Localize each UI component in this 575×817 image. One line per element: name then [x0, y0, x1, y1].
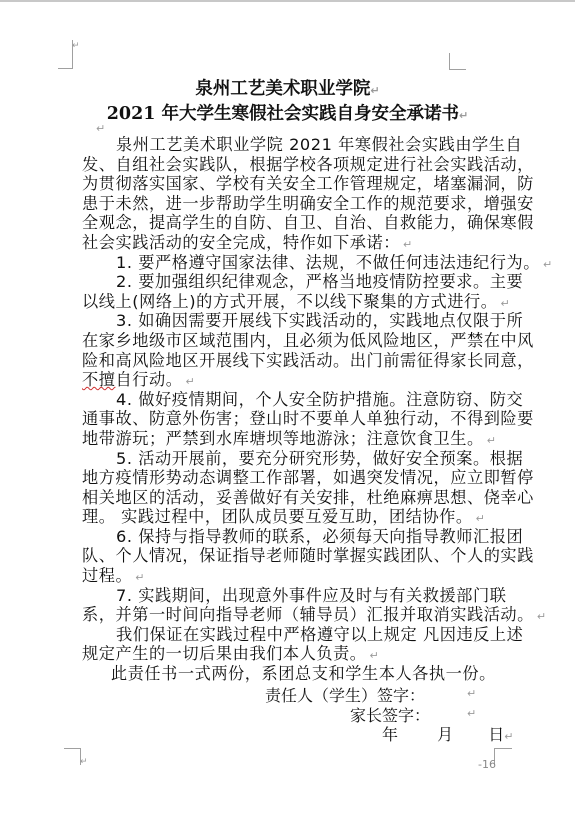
- window-top-border: [0, 0, 575, 2]
- paragraph-mark-icon: ↵: [403, 238, 413, 251]
- body-line: 3. 如确因需要开展线下实践活动的，实践地点仅限于所: [82, 311, 496, 331]
- body-line: 1. 要严格遵守国家法律、法规，不做任何违法违纪行为。↵: [82, 253, 496, 273]
- body-line-text: 系，并第一时间向指导老师（辅导员）汇报并取消实践活动。: [82, 605, 534, 624]
- body-line-text: 不擅自行动。: [82, 370, 182, 389]
- document-title-school: 泉州工艺美术职业学院↵: [0, 75, 575, 100]
- body-line: 6. 保持与指导教师的联系，必须每天向指导教师汇报团: [82, 527, 496, 547]
- paragraph-mark-icon: ↵: [72, 41, 80, 51]
- body-line: 规定产生的一切后果由我们本人负责。↵: [82, 644, 496, 664]
- body-line-text: 泉州工艺美术职业学院 2021 年寒假社会实践由学生自: [116, 135, 522, 154]
- title-text: 泉州工艺美术职业学院: [195, 79, 370, 99]
- body-line-text: 规定产生的一切后果由我们本人负责。: [82, 644, 367, 663]
- body-line-text: 我们保证在实践过程中严格遵守以上规定 凡因违反上述: [116, 625, 523, 644]
- document-body: 泉州工艺美术职业学院 2021 年寒假社会实践由学生自发、自组社会实践队，根据学…: [82, 135, 496, 684]
- body-line: 地方疫情形势动态调整工作部署，如遇突发情况，应立即暂停: [82, 468, 496, 488]
- body-line-text: 社会实践活动的安全完成，特作如下承诺：: [82, 233, 400, 252]
- body-line-text: 通事故、防意外伤害；登山时不要单人单独行动，不得到险要: [82, 409, 534, 428]
- crop-mark-bottom-left: [64, 748, 81, 765]
- body-line: 队、个人情况，保证指导老师随时掌握实践团队、个人的实践: [82, 546, 496, 566]
- body-line-text: 理。 实践过程中，团队成员要互爱互助，团结协作。: [82, 507, 473, 526]
- body-line: 社会实践活动的安全完成，特作如下承诺：↵: [82, 233, 496, 253]
- paragraph-mark-icon: ↵: [459, 109, 468, 122]
- page-number: -16: [478, 758, 496, 771]
- body-line: 7. 实践期间，出现意外事件应及时与有关救援部门联: [82, 586, 496, 606]
- body-line-text: 地方疫情形势动态调整工作部署，如遇突发情况，应立即暂停: [82, 468, 534, 487]
- paragraph-mark-icon: ↵: [476, 512, 486, 525]
- body-line: 在家乡地级市区域范围内，且必须为低风险地区，严禁在中风: [82, 331, 496, 351]
- body-line: 险和高风险地区开展线下实践活动。出门前需征得家长同意，: [82, 351, 496, 371]
- body-line-text: 相关地区的活动，妥善做好有关安排，杜绝麻痹思想、侥幸心: [82, 488, 534, 507]
- body-line: 系，并第一时间向指导老师（辅导员）汇报并取消实践活动。↵: [82, 605, 496, 625]
- body-line-text: 5. 活动开展前，要充分研究形势，做好安全预案。根据: [116, 449, 523, 468]
- body-line: 通事故、防意外伤害；登山时不要单人单独行动，不得到险要: [82, 409, 496, 429]
- body-line-text: 4. 做好疫情期间，个人安全防护措施。注意防窃、防交: [116, 390, 523, 409]
- body-line-text: 以线上(网络上)的方式开展，不以线下聚集的方式进行。: [82, 292, 497, 311]
- body-line-text: 为贯彻落实国家、学校有关安全工作管理规定，堵塞漏洞，防: [82, 174, 534, 193]
- paragraph-mark-icon: ↵: [467, 707, 476, 720]
- body-line-text: 2. 要加强组织纪律观念，严格当地疫情防控要求。主要: [116, 272, 523, 291]
- body-line-text: 7. 实践期间，出现意外事件应及时与有关救援部门联: [116, 586, 506, 605]
- body-line-text: 险和高风险地区开展线下实践活动。出门前需征得家长同意，: [82, 351, 534, 370]
- crop-mark-bottom-right: [494, 748, 512, 765]
- body-line: 地带游玩；严禁到水库塘坝等地游泳；注意饮食卫生。↵: [82, 429, 496, 449]
- body-line-text: 6. 保持与指导教师的联系，必须每天向指导教师汇报团: [116, 527, 523, 546]
- body-line: 不擅自行动。↵: [82, 370, 496, 390]
- body-line: 泉州工艺美术职业学院 2021 年寒假社会实践由学生自: [82, 135, 496, 155]
- crop-mark-top-left: [58, 40, 73, 69]
- document-title-main: 2021 年大学生寒假社会实践自身安全承诺书↵: [0, 100, 575, 125]
- body-line-text: 队、个人情况，保证指导老师随时掌握实践团队、个人的实践: [82, 546, 534, 565]
- body-line-text: 1. 要严格遵守国家法律、法规，不做任何违法违纪行为。: [116, 253, 540, 272]
- date-line: 年 月 日↵: [382, 722, 513, 745]
- body-line: 患于未然，进一步帮助学生明确安全工作的规范要求，增强安: [82, 194, 496, 214]
- paragraph-mark-icon: ↵: [185, 375, 195, 388]
- date-month-label: 月: [437, 725, 453, 744]
- paragraph-mark-icon: ↵: [543, 258, 553, 271]
- body-line-text: 此责任书一式两份，系团总支和学生本人各执一份。: [111, 664, 496, 683]
- body-line-text: 全观念，提高学生的自防、自卫、自治、自救能力，确保寒假: [82, 213, 534, 232]
- body-line: 理。 实践过程中，团队成员要互爱互助，团结协作。↵: [82, 507, 496, 527]
- body-line: 发、自组社会实践队，根据学校各项规定进行社会实践活动，: [82, 155, 496, 175]
- paragraph-mark-icon: ↵: [500, 297, 510, 310]
- body-line: 2. 要加强组织纪律观念，严格当地疫情防控要求。主要: [82, 272, 496, 292]
- body-line: 我们保证在实践过程中严格遵守以上规定 凡因违反上述: [82, 625, 496, 645]
- paragraph-mark-icon: ↵: [370, 649, 380, 662]
- title-text: 2021 年大学生寒假社会实践自身安全承诺书: [107, 104, 459, 124]
- paragraph-mark-icon: ↵: [135, 571, 145, 584]
- date-year-label: 年: [382, 725, 398, 744]
- body-line: 相关地区的活动，妥善做好有关安排，杜绝麻痹思想、侥幸心: [82, 488, 496, 508]
- body-line-text: 发、自组社会实践队，根据学校各项规定进行社会实践活动，: [82, 155, 534, 174]
- body-line: 以线上(网络上)的方式开展，不以线下聚集的方式进行。↵: [82, 292, 496, 312]
- body-line-text: 地带游玩；严禁到水库塘坝等地游泳；注意饮食卫生。: [82, 429, 484, 448]
- date-day-label: 日: [488, 725, 504, 744]
- body-line: 此责任书一式两份，系团总支和学生本人各执一份。: [82, 664, 496, 684]
- body-line: 全观念，提高学生的自防、自卫、自治、自救能力，确保寒假: [82, 213, 496, 233]
- paragraph-mark-icon: ↵: [96, 122, 105, 135]
- paragraph-mark-icon: ↵: [80, 757, 88, 767]
- body-line-text: 患于未然，进一步帮助学生明确安全工作的规范要求，增强安: [82, 194, 534, 213]
- body-line: 为贯彻落实国家、学校有关安全工作管理规定，堵塞漏洞，防: [82, 174, 496, 194]
- paragraph-mark-icon: ↵: [370, 84, 379, 97]
- body-line-text: 在家乡地级市区域范围内，且必须为低风险地区，严禁在中风: [82, 331, 534, 350]
- paragraph-mark-icon: ↵: [467, 687, 476, 700]
- body-line-text: 3. 如确因需要开展线下实践活动的，实践地点仅限于所: [116, 311, 523, 330]
- crop-mark-top-right: [449, 53, 466, 70]
- body-line-text: 过程。: [82, 566, 132, 585]
- body-line: 过程。↵: [82, 566, 496, 586]
- paragraph-mark-icon: ↵: [537, 610, 547, 623]
- paragraph-mark-icon: ↵: [487, 434, 497, 447]
- paragraph-mark-icon: ↵: [504, 730, 513, 743]
- body-line: 4. 做好疫情期间，个人安全防护措施。注意防窃、防交: [82, 390, 496, 410]
- spellcheck-underline: 不擅: [82, 370, 115, 389]
- body-line: 5. 活动开展前，要充分研究形势，做好安全预案。根据: [82, 449, 496, 469]
